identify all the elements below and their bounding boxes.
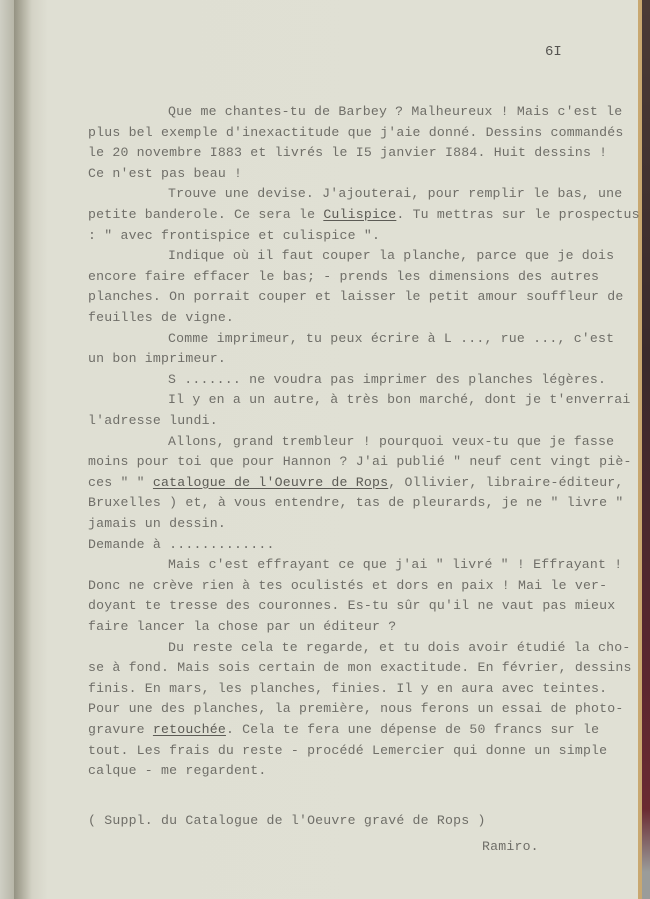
text-line: S ....... ne voudra pas imprimer des pla…	[168, 372, 606, 387]
text-line: Mais c'est effrayant ce que j'ai " livré…	[168, 557, 622, 572]
text-line: Allons, grand trembleur ! pourquoi veux-…	[168, 434, 614, 449]
text-line: ces " " catalogue de l'Oeuvre de Rops, O…	[88, 475, 624, 490]
text-line: : " avec frontispice et culispice ".	[88, 228, 380, 243]
text-line: Donc ne crève rien à tes oculistés et do…	[88, 578, 607, 593]
text-line: doyant te tresse des couronnes. Es-tu sû…	[88, 598, 615, 613]
text-line: jamais un dessin.	[88, 516, 226, 531]
text-line: Que me chantes-tu de Barbey ? Malheureux…	[168, 104, 622, 119]
text-line: un bon imprimeur.	[88, 351, 226, 366]
signature: Ramiro.	[482, 839, 539, 854]
text-line: Du reste cela te regarde, et tu dois avo…	[168, 640, 631, 655]
text-line: Demande à .............	[88, 537, 275, 552]
underlined-text: retouchée	[153, 722, 226, 737]
text-line: encore faire effacer le bas; - prends le…	[88, 269, 599, 284]
page-number: 6I	[545, 44, 562, 60]
text-line: petite banderole. Ce sera le Culispice. …	[88, 207, 640, 222]
binding-shadow	[0, 0, 14, 899]
text-line: faire lancer la chose par un éditeur ?	[88, 619, 396, 634]
text-line: se à fond. Mais sois certain de mon exac…	[88, 660, 632, 675]
text-line: planches. On porrait couper et laisser l…	[88, 289, 624, 304]
text-line: Ce n'est pas beau !	[88, 166, 242, 181]
text-line: calque - me regardent.	[88, 763, 267, 778]
text-line: Pour une des planches, la première, nous…	[88, 701, 624, 716]
text-line: moins pour toi que pour Hannon ? J'ai pu…	[88, 454, 632, 469]
source-note: ( Suppl. du Catalogue de l'Oeuvre gravé …	[88, 813, 486, 828]
text-line: Bruxelles ) et, à vous entendre, tas de …	[88, 495, 624, 510]
text-line: Il y en a un autre, à très bon marché, d…	[168, 392, 631, 407]
text-line: finis. En mars, les planches, finies. Il…	[88, 681, 607, 696]
underlined-text: catalogue de l'Oeuvre de Rops	[153, 475, 388, 490]
text-line: Indique où il faut couper la planche, pa…	[168, 248, 614, 263]
text-line: Comme imprimeur, tu peux écrire à L ...,…	[168, 331, 614, 346]
underlined-text: Culispice	[323, 207, 396, 222]
text-line: le 20 novembre I883 et livrés le I5 janv…	[88, 145, 607, 160]
text-line: feuilles de vigne.	[88, 310, 234, 325]
text-line: Trouve une devise. J'ajouterai, pour rem…	[168, 186, 622, 201]
text-line: l'adresse lundi.	[88, 413, 218, 428]
text-line: gravure retouchée. Cela te fera une dépe…	[88, 722, 599, 737]
text-line: plus bel exemple d'inexactitude que j'ai…	[88, 125, 624, 140]
text-line: tout. Les frais du reste - procédé Lemer…	[88, 743, 607, 758]
book-cover-edge	[642, 0, 650, 899]
